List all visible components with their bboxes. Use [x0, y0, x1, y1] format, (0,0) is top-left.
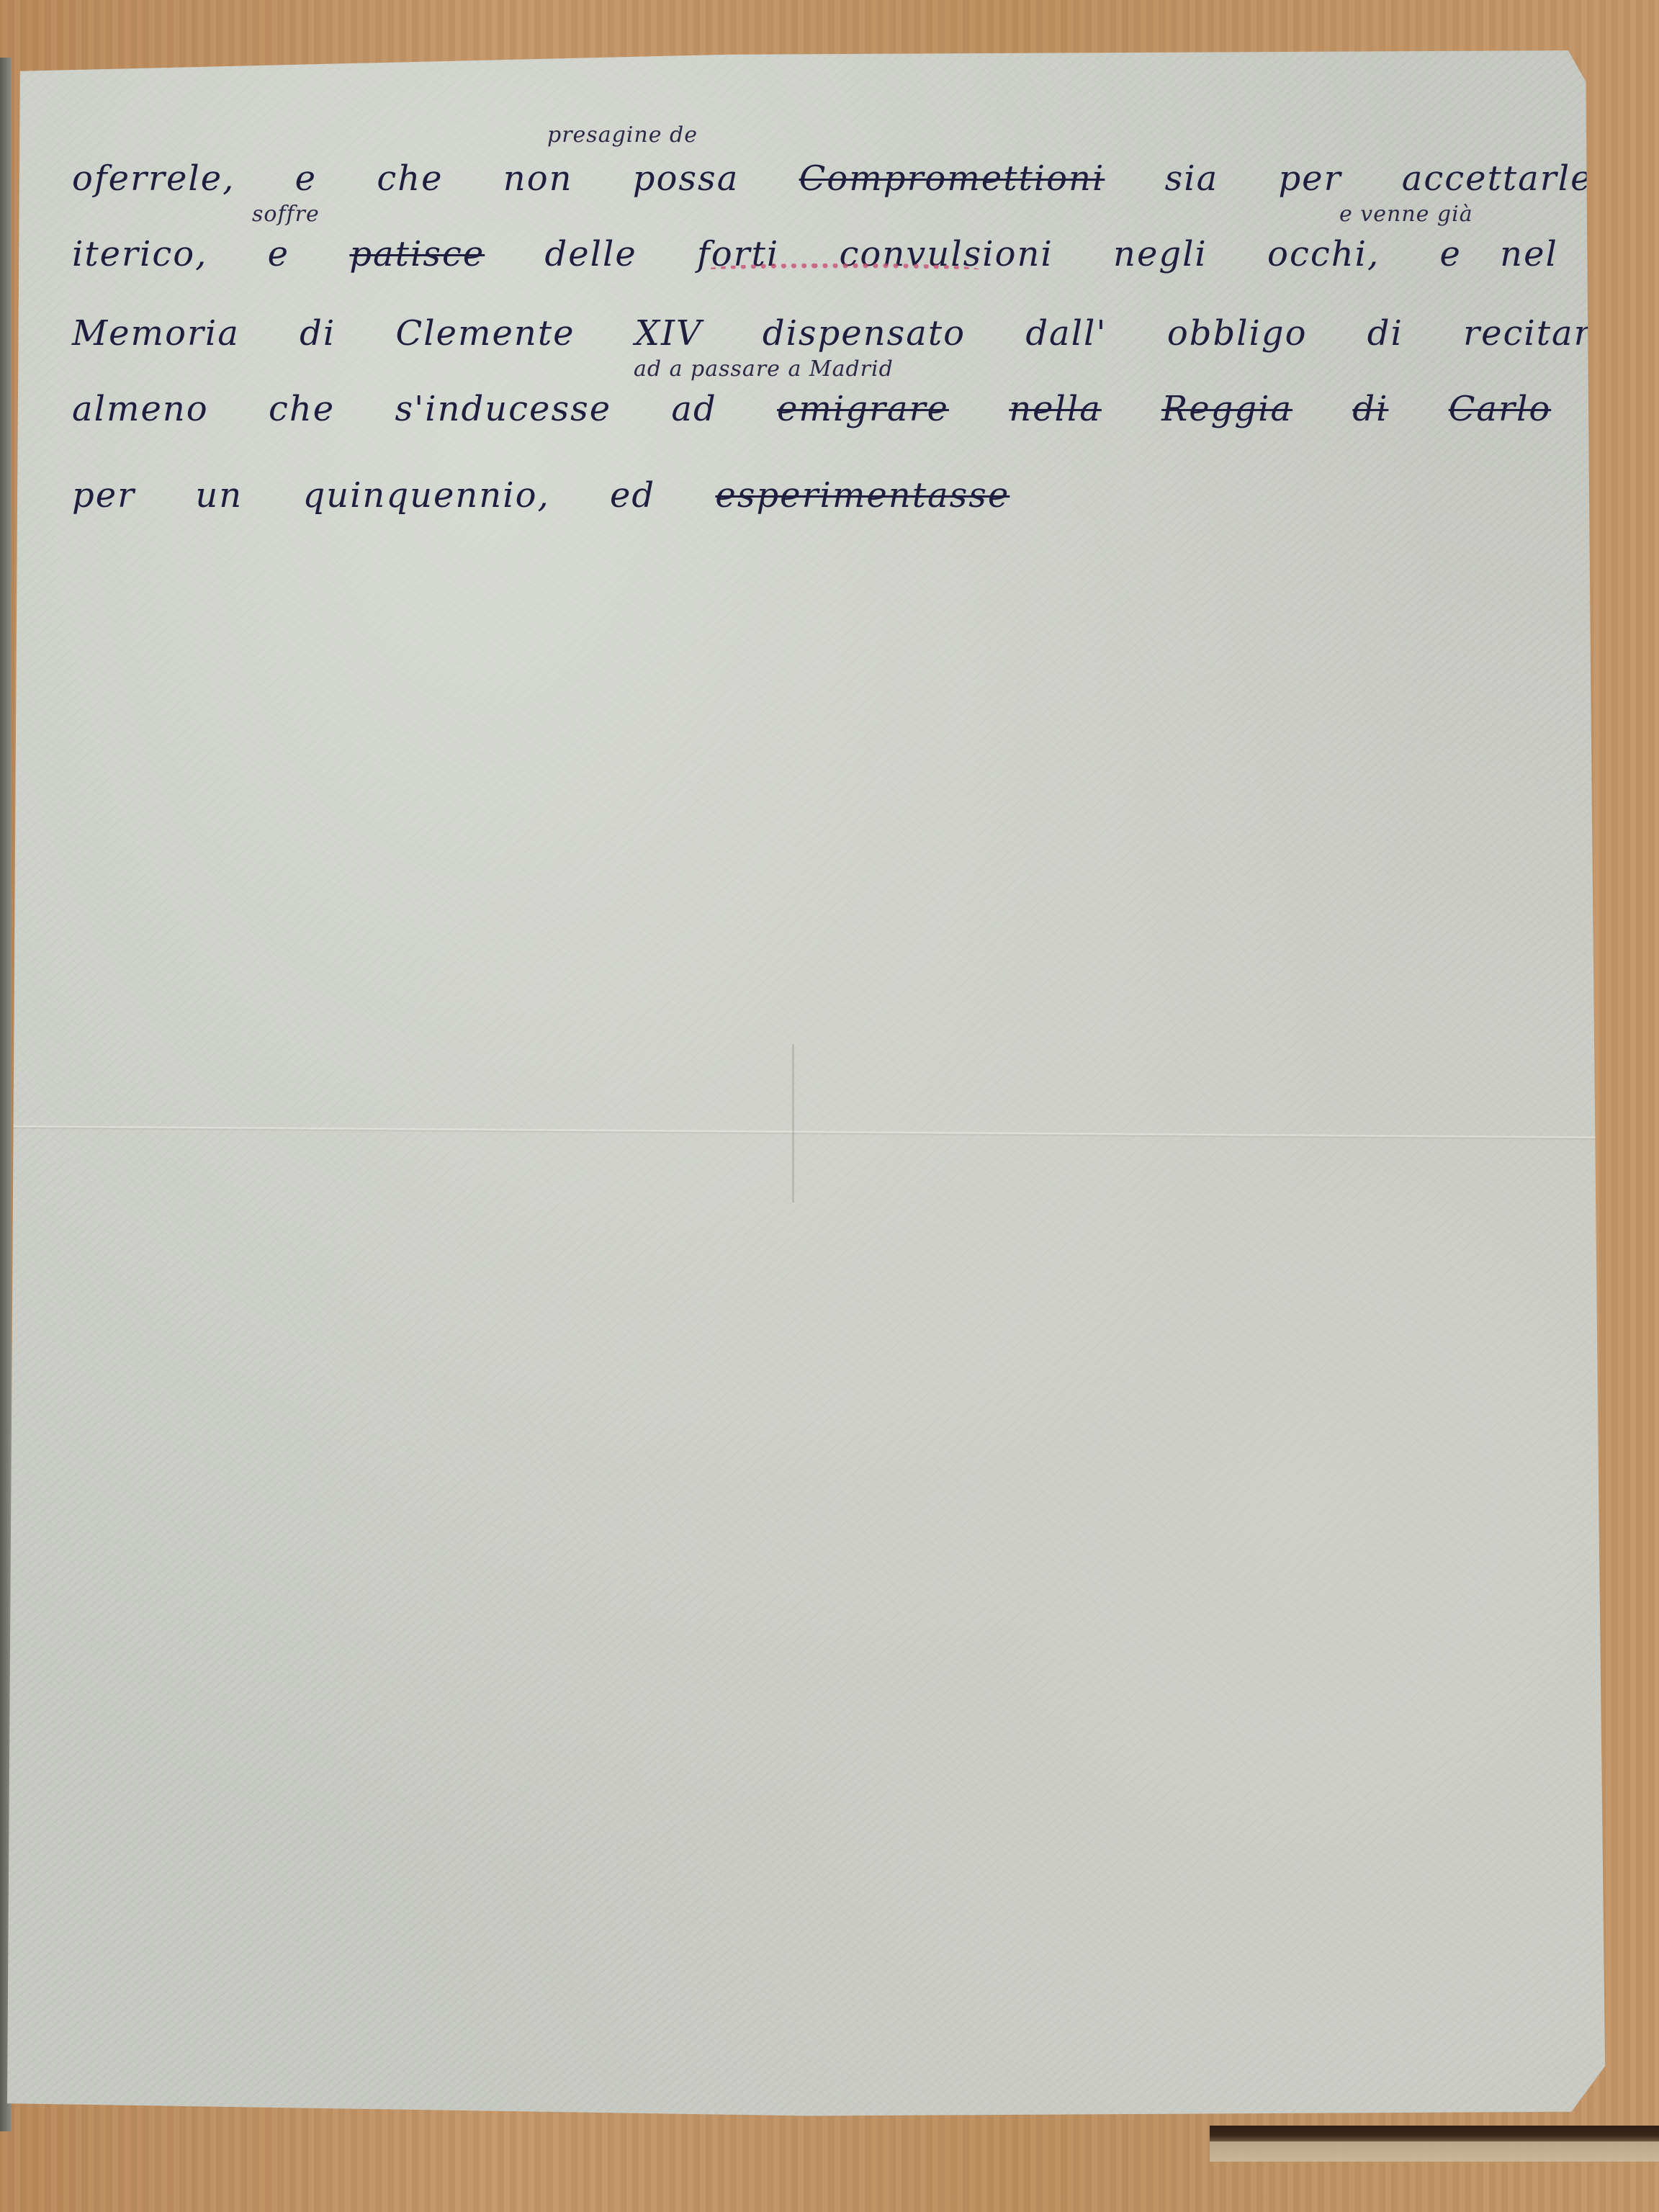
struck-word: III — [1611, 389, 1657, 429]
struck-word: Carlo — [1449, 389, 1552, 429]
struck-word: esperimentasse — [715, 475, 1010, 516]
horizontal-fold-crease — [7, 1125, 1611, 1141]
word: s'inducesse — [395, 389, 611, 429]
word: ed — [610, 475, 655, 516]
interlinear-insertion-line-2a: soffre — [252, 202, 320, 227]
word: di — [1367, 313, 1403, 354]
red-pencil-underline — [706, 264, 979, 279]
word: ad — [671, 389, 716, 429]
word: Memoria — [72, 313, 240, 354]
manuscript-line-3: Memoria di Clemente XIV dispensato dall'… — [72, 313, 1659, 354]
interlinear-insertion-line-4: ad a passare a Madrid — [634, 356, 894, 382]
word: XIV — [635, 313, 703, 354]
struck-word: Reggia — [1161, 389, 1292, 429]
word: possa — [633, 158, 739, 199]
word: quinquennio, — [302, 475, 549, 516]
interlinear-insertion-line-1: presagine de — [547, 122, 698, 148]
word: non — [503, 158, 573, 199]
word: per — [72, 475, 135, 516]
word: iterico, — [72, 234, 207, 274]
word: almeno — [72, 389, 209, 429]
struck-word: emigrare — [777, 389, 949, 429]
word: oferrele, — [72, 158, 235, 199]
struck-word: Compromettioni — [799, 158, 1105, 199]
word: che — [269, 389, 335, 429]
word: per — [1278, 158, 1341, 199]
word: e — [295, 158, 317, 199]
word: e nel — [1440, 234, 1558, 274]
word: delle — [545, 234, 637, 274]
table-edge-rail — [1210, 2126, 1659, 2141]
word: accettarle, — [1402, 158, 1605, 199]
word: obbligo — [1167, 313, 1308, 354]
manuscript-line-4: almeno che s'inducesse ad emigrare nella… — [72, 389, 1659, 429]
word: dispensato — [763, 313, 966, 354]
manuscript-line-1: oferrele, e che non possa Compromettioni… — [72, 158, 1659, 199]
struck-word: di — [1352, 389, 1388, 429]
rail-label-strip — [1210, 2141, 1659, 2162]
manuscript-line-5: per un quinquennio, ed esperimentasse — [72, 475, 1031, 516]
interlinear-insertion-line-2b: e venne già — [1339, 202, 1473, 227]
word: capo, — [1618, 234, 1659, 274]
word: e — [268, 234, 289, 274]
word: Clemente — [396, 313, 575, 354]
struck-word: nella — [1009, 389, 1102, 429]
fold-crease-center-mark — [792, 1044, 794, 1202]
struck-word: patisce — [349, 234, 485, 274]
word: un — [195, 475, 243, 516]
word: recitare — [1463, 313, 1614, 354]
word: dall' — [1025, 313, 1107, 354]
word: sia — [1165, 158, 1219, 199]
word: di — [300, 313, 336, 354]
word: negli — [1113, 234, 1208, 274]
word: occhi, — [1267, 234, 1380, 274]
word: che — [377, 158, 443, 199]
manuscript-page: presagine de oferrele, e che non possa C… — [7, 50, 1611, 2124]
